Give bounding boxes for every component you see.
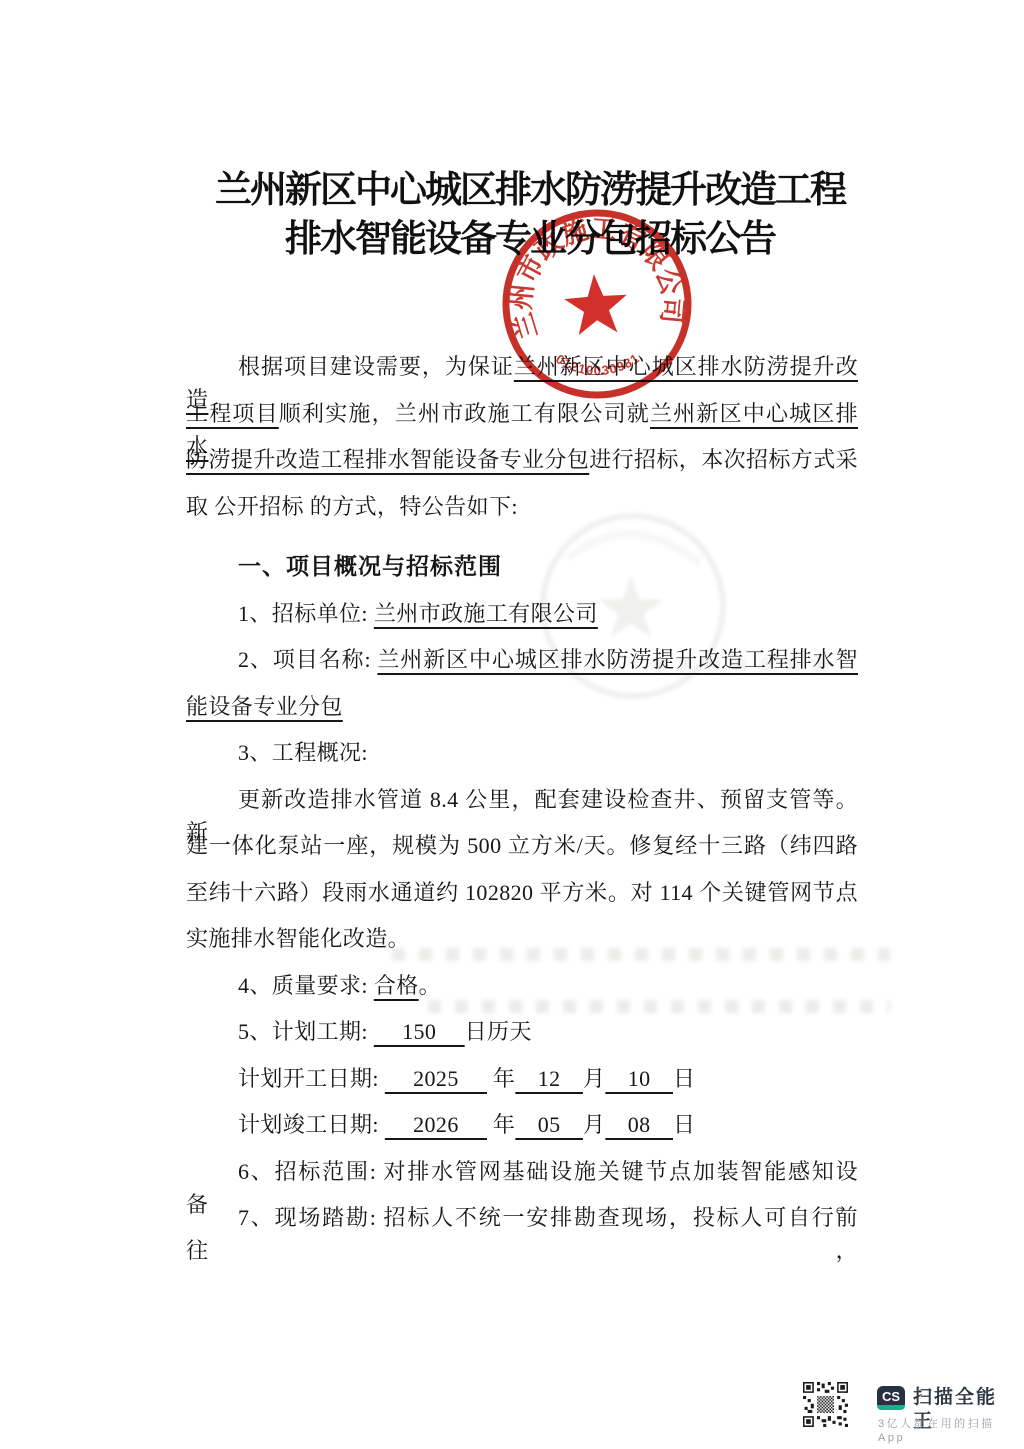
- underlined-text-segment: 能设备专业分包: [186, 694, 343, 719]
- text-segment: 至纬十六路）段雨水通道约 102820 平方米。对 114 个关键管网节点: [186, 880, 858, 905]
- underlined-text-segment: 05: [515, 1112, 583, 1137]
- text-segment: 1、招标单位:: [238, 601, 374, 626]
- underlined-text-segment: 150: [374, 1019, 465, 1044]
- underlined-text-segment: 兰州市政施工有限公司: [374, 601, 598, 626]
- text-segment: 3、工程概况:: [238, 740, 368, 765]
- text-segment: 进行招标，本次招标方式采: [589, 447, 858, 472]
- body-line: 1、招标单位: 兰州市政施工有限公司: [186, 597, 858, 644]
- text-segment: 实施排水智能化改造。: [186, 926, 410, 951]
- text-segment: 日: [673, 1066, 695, 1091]
- text-segment: 计划竣工日期:: [238, 1112, 385, 1137]
- text-segment: 2、项目名称:: [238, 647, 377, 672]
- body-line: 实施排水智能化改造。: [186, 922, 858, 969]
- text-segment: 月: [583, 1112, 605, 1137]
- text-segment: 月: [583, 1066, 605, 1091]
- seal-star-icon: [563, 272, 630, 336]
- body-line: 5、计划工期: 150 日历天: [186, 1015, 858, 1062]
- logo-accent-bar: [877, 1405, 905, 1410]
- app-tagline: 3亿人都在用的扫描App: [878, 1417, 1013, 1445]
- seal-number-arc-text: 01210030981: [552, 346, 643, 382]
- body-lines: 根据项目建设需要，为保证兰州新区中心城区排水防涝提升改造工程项目顺利实施，兰州市…: [186, 350, 858, 1248]
- camscanner-watermark: CS 扫描全能王 3亿人都在用的扫描App: [803, 1382, 1013, 1438]
- underlined-text-segment: 2026: [385, 1112, 487, 1137]
- underlined-text-segment: 08: [605, 1112, 673, 1137]
- text-segment: 。: [419, 973, 441, 998]
- section-heading: 一、项目概况与招标范围: [186, 550, 858, 597]
- body-line: 防涝提升改造工程排水智能设备专业分包进行招标，本次招标方式采: [186, 443, 858, 490]
- text-segment: 7、现场踏勘: 招标人不统一安排勘查现场，投标人可自行前往，: [186, 1205, 858, 1263]
- text-segment: 4、质量要求:: [238, 973, 374, 998]
- body-line: 6、招标范围: 对排水管网基础设施关键节点加装智能感知设备。: [186, 1155, 858, 1202]
- body-line: 能设备专业分包: [186, 690, 858, 737]
- body-line: 计划竣工日期: 2026 年 05 月 08 日: [186, 1108, 858, 1155]
- svg-text:兰州市政施工有限公司: 兰州市政施工有限公司: [500, 207, 690, 343]
- body-line: 3、工程概况:: [186, 736, 858, 783]
- body-line: 计划开工日期: 2025 年 12 月 10 日: [186, 1062, 858, 1109]
- qr-code: [803, 1382, 848, 1427]
- underlined-text-segment: 10: [605, 1066, 673, 1091]
- text-segment: 5、计划工期:: [238, 1019, 374, 1044]
- camscanner-logo: CS: [877, 1386, 905, 1410]
- scanned-document-page: 兰州新区中心城区排水防涝提升改造工程 排水智能设备专业分包招标公告 根据项目建设…: [0, 0, 1024, 1449]
- text-segment: 计划开工日期:: [238, 1066, 385, 1091]
- body-line: 更新改造排水管道 8.4 公里，配套建设检查井、预留支管等。新: [186, 783, 858, 830]
- text-segment: 根据项目建设需要，为保证: [238, 354, 514, 379]
- underlined-text-segment: 2025: [385, 1066, 487, 1091]
- body-line: 2、项目名称: 兰州新区中心城区排水防涝提升改造工程排水智: [186, 643, 858, 690]
- underlined-text-segment: 合格: [374, 973, 419, 998]
- text-segment: 日: [673, 1112, 695, 1137]
- text-segment: 日历天: [465, 1019, 532, 1044]
- body-line: 7、现场踏勘: 招标人不统一安排勘查现场，投标人可自行前往，: [186, 1201, 858, 1248]
- underlined-text-segment: 工程项目: [186, 401, 279, 426]
- body-line: 至纬十六路）段雨水通道约 102820 平方米。对 114 个关键管网节点: [186, 876, 858, 923]
- company-seal: 兰州市政施工有限公司 01210030981: [490, 197, 703, 410]
- underlined-text-segment: 兰州新区中心城区排水防涝提升改造工程排水智: [377, 647, 858, 672]
- underlined-text-segment: 防涝提升改造工程排水智能设备专业分包: [186, 447, 589, 472]
- seal-company-arc-text: 兰州市政施工有限公司: [500, 207, 690, 343]
- text-segment: 年: [487, 1066, 515, 1091]
- text-segment: 取 公开招标 的方式，特公告如下:: [186, 494, 518, 519]
- underlined-text-segment: 12: [515, 1066, 583, 1091]
- text-segment: 一、项目概况与招标范围: [238, 554, 502, 579]
- cs-logo-text: CS: [882, 1390, 900, 1403]
- body-line: 4、质量要求: 合格。: [186, 969, 858, 1016]
- text-segment: 年: [487, 1112, 515, 1137]
- body-line: 取 公开招标 的方式，特公告如下:: [186, 490, 858, 537]
- body-line: 建一体化泵站一座，规模为 500 立方米/天。修复经十三路（纬四路: [186, 829, 858, 876]
- text-segment: 建一体化泵站一座，规模为 500 立方米/天。修复经十三路（纬四路: [186, 833, 858, 858]
- svg-text:01210030981: 01210030981: [552, 346, 643, 382]
